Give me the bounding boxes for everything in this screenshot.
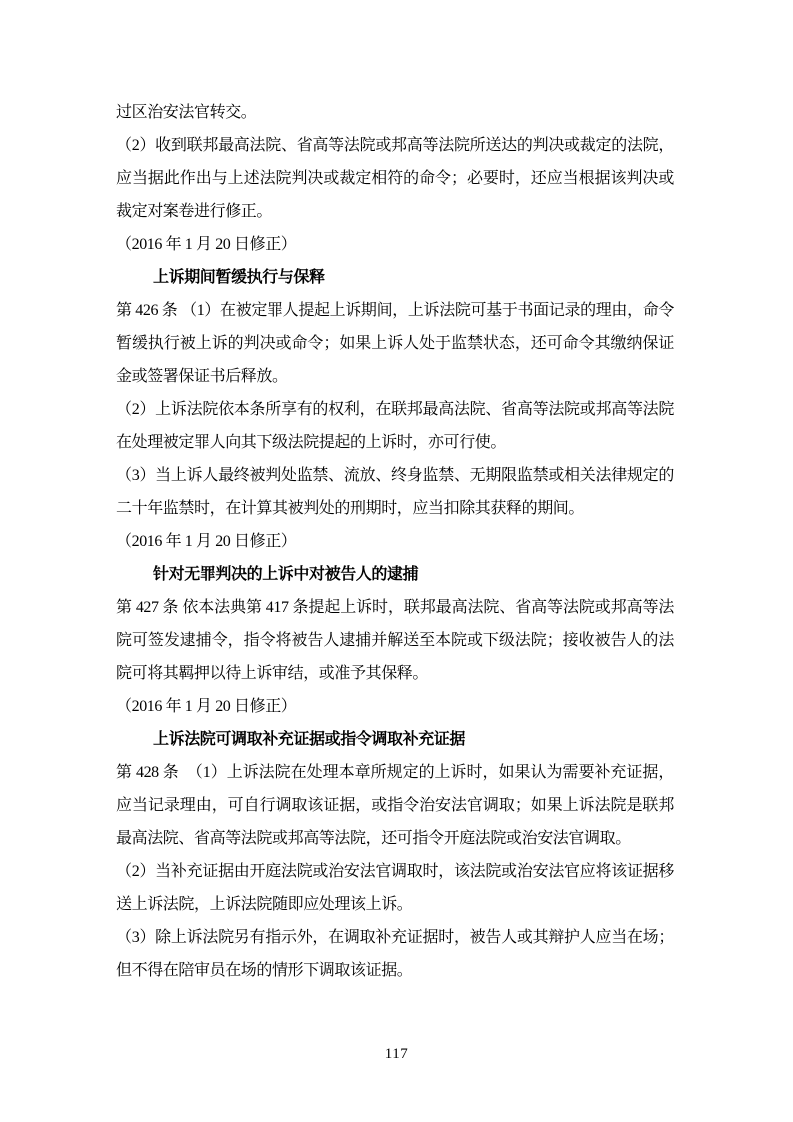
section-heading: 上诉期间暂缓执行与保释 bbox=[116, 261, 674, 294]
paragraph: 过区治安法官转交。 bbox=[116, 96, 674, 129]
paragraph: （3）当上诉人最终被判处监禁、流放、终身监禁、无期限监禁或相关法律规定的二十年监… bbox=[116, 459, 674, 525]
amendment-note: （2016 年 1 月 20 日修正） bbox=[116, 525, 674, 558]
paragraph: 第 428 条 （1）上诉法院在处理本章所规定的上诉时，如果认为需要补充证据，应… bbox=[116, 756, 674, 855]
amendment-note: （2016 年 1 月 20 日修正） bbox=[116, 690, 674, 723]
document-body: 过区治安法官转交。（2）收到联邦最高法院、省高等法院或邦高等法院所送达的判决或裁… bbox=[116, 96, 674, 987]
paragraph: 第 427 条 依本法典第 417 条提起上诉时，联邦最高法院、省高等法院或邦高… bbox=[116, 591, 674, 690]
paragraph: 第 426 条 （1）在被定罪人提起上诉期间，上诉法院可基于书面记录的理由，命令… bbox=[116, 294, 674, 393]
paragraph: （2）上诉法院依本条所享有的权利，在联邦最高法院、省高等法院或邦高等法院在处理被… bbox=[116, 393, 674, 459]
section-heading: 上诉法院可调取补充证据或指令调取补充证据 bbox=[116, 723, 674, 756]
paragraph: （2）收到联邦最高法院、省高等法院或邦高等法院所送达的判决或裁定的法院，应当据此… bbox=[116, 129, 674, 228]
paragraph: （2）当补充证据由开庭法院或治安法官调取时，该法院或治安法官应将该证据移送上诉法… bbox=[116, 855, 674, 921]
section-heading: 针对无罪判决的上诉中对被告人的逮捕 bbox=[116, 558, 674, 591]
amendment-note: （2016 年 1 月 20 日修正） bbox=[116, 228, 674, 261]
page-number: 117 bbox=[0, 1043, 793, 1065]
document-page: 过区治安法官转交。（2）收到联邦最高法院、省高等法院或邦高等法院所送达的判决或裁… bbox=[0, 0, 793, 1122]
paragraph: （3）除上诉法院另有指示外，在调取补充证据时，被告人或其辩护人应当在场；但不得在… bbox=[116, 921, 674, 987]
